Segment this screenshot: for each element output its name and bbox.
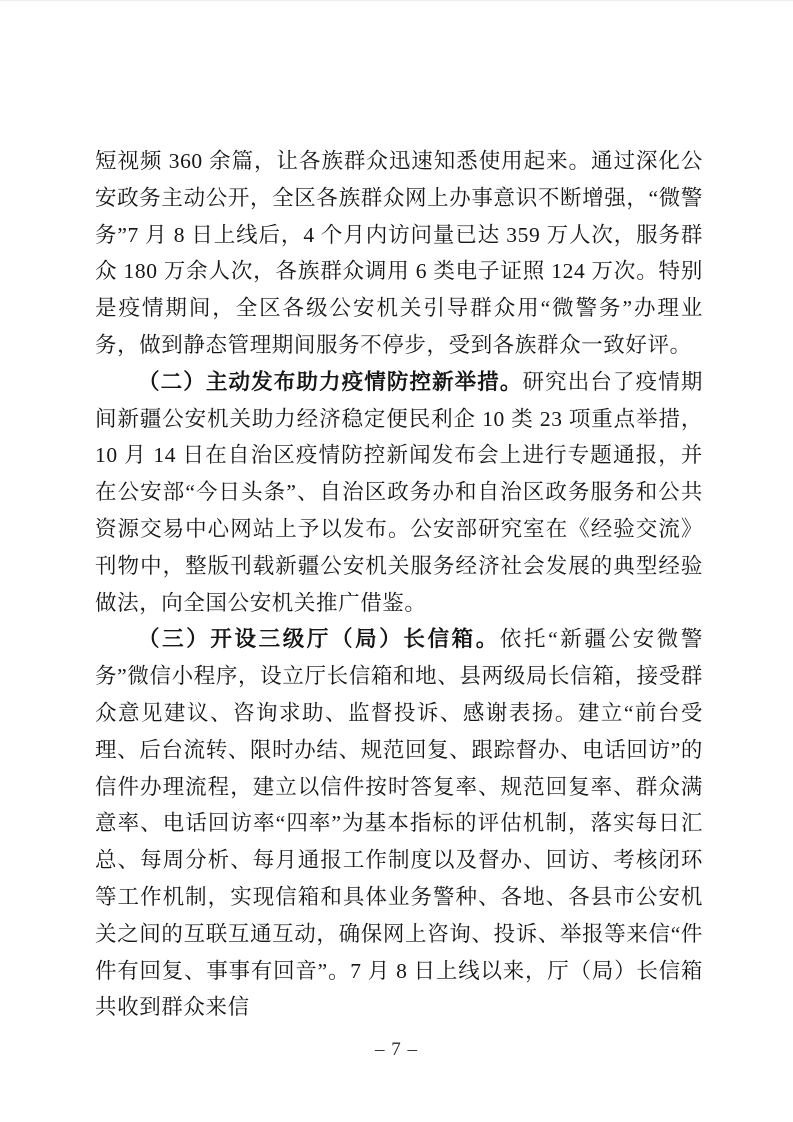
page-number: – 7 – [0,1039,793,1061]
document-body: 短视频 360 余篇，让各族群众迅速知悉使用起来。通过深化公安政务主动公开，全区… [95,143,703,1026]
paragraph-text: 短视频 360 余篇，让各族群众迅速知悉使用起来。通过深化公安政务主动公开，全区… [95,149,703,357]
paragraph-text: 依托“新疆公安微警务”微信小程序，设立厅长信箱和地、县两级局长信箱，接受群众意见… [95,627,703,1019]
paragraph-lead: （三）开设三级厅（局）长信箱。 [138,627,500,651]
paragraph-continuation: 短视频 360 余篇，让各族群众迅速知悉使用起来。通过深化公安政务主动公开，全区… [95,143,703,364]
paragraph-section-3: （三）开设三级厅（局）长信箱。依托“新疆公安微警务”微信小程序，设立厅长信箱和地… [95,621,703,1026]
paragraph-text: 研究出台了疫情期间新疆公安机关助力经济稳定便民利企 10 类 23 项重点举措，… [95,370,703,615]
document-page: 短视频 360 余篇，让各族群众迅速知悉使用起来。通过深化公安政务主动公开，全区… [0,0,793,1122]
paragraph-lead: （二）主动发布助力疫情防控新举措。 [138,370,523,394]
paragraph-section-2: （二）主动发布助力疫情防控新举措。研究出台了疫情期间新疆公安机关助力经济稳定便民… [95,364,703,622]
